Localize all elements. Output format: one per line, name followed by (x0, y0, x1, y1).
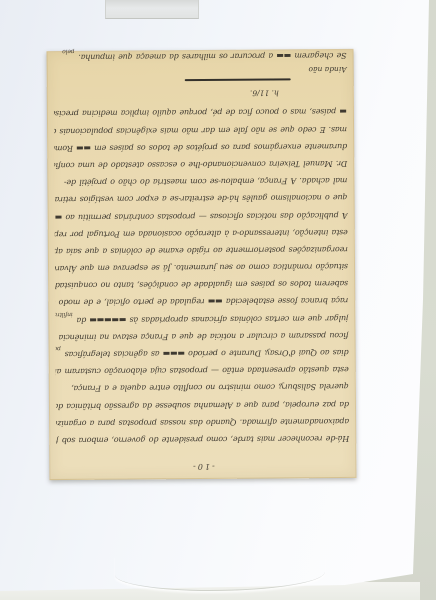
handwriting-line: esta intenção, interessando-a à alteraçã… (55, 224, 348, 243)
handwriting-text: julgar que em certas colónias africanas … (77, 314, 349, 325)
manuscript-content: -10- Há-de reconhecer mais tarde, como p… (48, 50, 356, 479)
handwriting-line: ▬ países, mas o pouco fica de pé, porque… (54, 103, 347, 122)
inserted-word: políticas (56, 345, 61, 352)
handwriting-text: Se chegarem ▬▬ a procurar os milhares da… (79, 51, 347, 62)
handwriting-line: Há-de reconhecer mais tarde, como presid… (56, 430, 349, 449)
handwriting-text: saberem todos os países em igualdade de … (55, 279, 348, 290)
handwriting-line: saberem todos os países em igualdade de … (55, 275, 348, 294)
archive-tab (105, 0, 199, 19)
handwriting-line: A publicação das notícias oficiosas — pr… (55, 206, 348, 225)
inserted-word: pelo (62, 48, 74, 55)
handwriting-text: reorganizações posteriormente ao rígido … (55, 245, 348, 256)
handwriting-text: esta questão apresentada então — propost… (56, 365, 349, 376)
handwriting-line: apaixonadamente afirmada. Quando das nos… (56, 413, 349, 432)
handwriting-text: raça branca fosse estabelecida ▬▬ regula… (55, 296, 348, 307)
handwriting-text: que o nacionalismo gaulês há-de estreita… (54, 193, 347, 204)
manuscript-page: -10- Há-de reconhecer mais tarde, como p… (47, 49, 357, 480)
handwriting-line: dias ao Quai d'Orsay. Durante o período … (56, 344, 349, 363)
handwriting-line: mal achada. A França, embalou-se com mae… (54, 172, 347, 191)
handwriting-text: Há-de reconhecer mais tarde, como presid… (56, 434, 349, 445)
handwriting-body: Há-de reconhecer mais tarde, como presid… (54, 103, 349, 449)
handwriting-text: mal achada. A França, embalou-se com mae… (64, 176, 347, 187)
handwriting-text: da paz europeia, para que a Alemanha sou… (56, 400, 349, 411)
handwriting-line: julgar que em certas colónias africanas … (55, 309, 348, 328)
handwriting-text: esta intenção, interessando-a à alteraçã… (55, 228, 348, 239)
closing-block: h. 11/6. Ainda não Se chegarem ▬▬ a proc… (53, 47, 346, 100)
handwriting-text: A publicação das notícias oficiosas — pr… (55, 211, 348, 222)
handwriting-text: duramente enxergámos para os projétos de… (54, 142, 347, 153)
scanned-document-image: -10- Há-de reconhecer mais tarde, como p… (0, 0, 436, 600)
closing-date-note: h. 11/6. (54, 87, 279, 101)
handwriting-text: situação romântica como ao seu juramento… (55, 262, 348, 273)
handwriting-line: esta questão apresentada então — propost… (56, 361, 349, 380)
handwriting-line: mas. E cedo que se não fale em dar mão m… (54, 120, 347, 139)
closing-separator-line (185, 79, 291, 82)
handwriting-text: dias ao Quai d'Orsay. Durante o período … (65, 348, 349, 359)
handwriting-line: Se chegarem ▬▬ a procurar os milhares da… (53, 47, 346, 66)
page-number: -10- (56, 461, 349, 472)
handwriting-text: apaixonadamente afirmada. Quando das nos… (56, 417, 349, 428)
handwriting-line: Dr. Manuel Teixeira convencionando-lhe o… (54, 155, 347, 174)
handwriting-line: da paz europeia, para que a Alemanha sou… (56, 395, 349, 414)
handwriting-text: ▬ países, mas o pouco fica de pé, porque… (54, 107, 347, 118)
inserted-word: infiltrações (55, 311, 72, 318)
margin-note: Ainda não (54, 64, 347, 77)
handwriting-text: ficou passaram a circular a notícia de q… (55, 331, 348, 342)
handwriting-text: querela Salisbury, como ministro no conf… (71, 382, 349, 393)
handwriting-text: mas. E cedo que se não fale em dar mão m… (54, 125, 347, 136)
handwriting-line: duramente enxergámos para os projétos de… (54, 138, 347, 157)
handwriting-line: situação romântica como ao seu juramento… (55, 258, 348, 277)
handwriting-line: ficou passaram a circular a notícia de q… (55, 327, 348, 346)
handwriting-text: Dr. Manuel Teixeira convencionando-lhe o… (54, 159, 347, 170)
handwriting-line: querela Salisbury, como ministro no conf… (56, 378, 349, 397)
handwriting-line: que o nacionalismo gaulês há-de estreita… (54, 189, 347, 208)
handwriting-line: raça branca fosse estabelecida ▬▬ regula… (55, 292, 348, 311)
handwriting-line: reorganizações posteriormente ao rígido … (55, 241, 348, 260)
